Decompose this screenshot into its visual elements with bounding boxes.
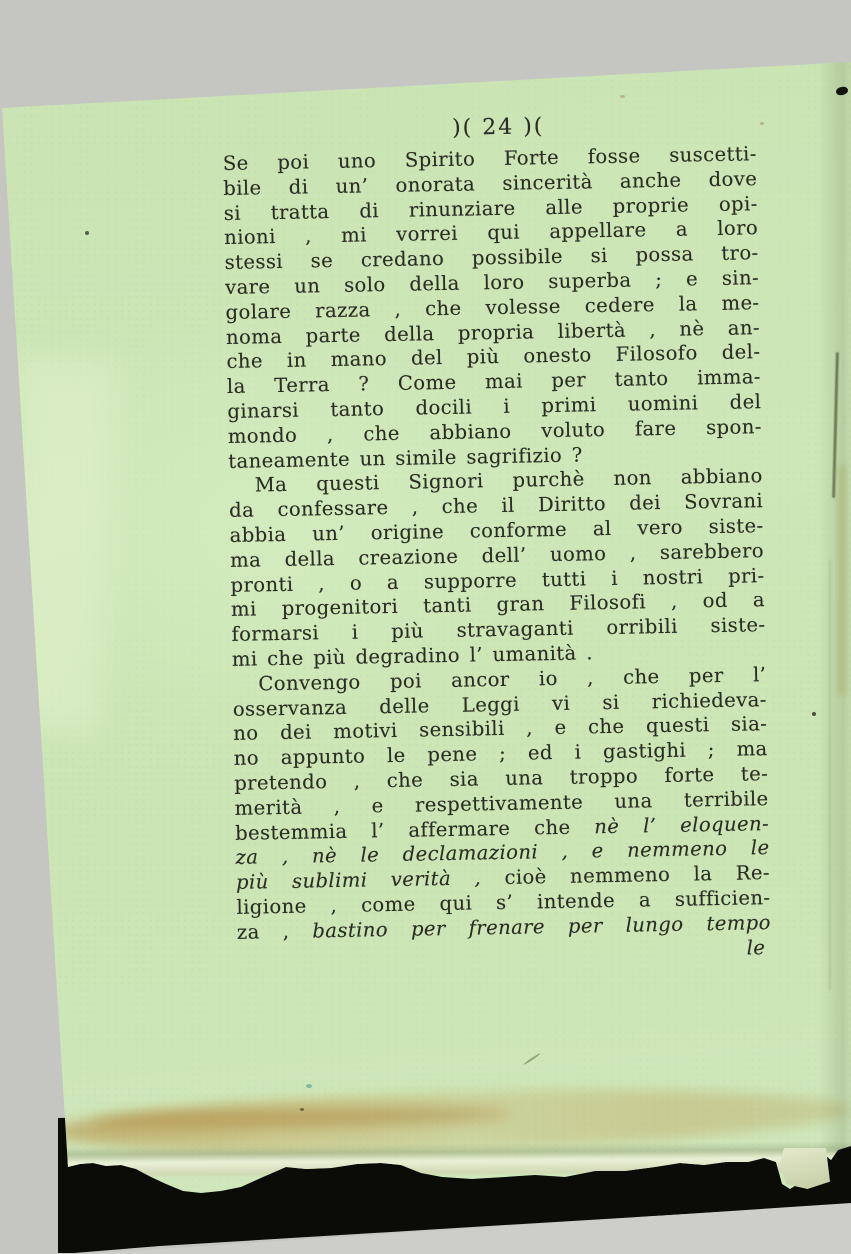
italic-text-segment: più sublimi verità , (236, 866, 481, 893)
paper-light-band (0, 358, 118, 733)
italic-text-segment: le (746, 936, 765, 959)
paper-speck (760, 122, 764, 125)
paper-speck (523, 1053, 541, 1066)
paper-edge-shade (818, 58, 851, 1153)
paper-speck (620, 95, 625, 98)
paper-crease (829, 560, 831, 990)
paper-speck (300, 1108, 304, 1111)
paper-speck (812, 712, 816, 716)
text-segment: cioè nemmeno la Re- (481, 861, 770, 889)
paper-speck (85, 231, 89, 235)
edge-yellow-streak (838, 465, 846, 695)
body-text: Se poi uno Spirito Forte fosse suscetti-… (223, 142, 772, 970)
printed-text-block: )( 24 )( Se poi uno Spirito Forte fosse … (222, 108, 772, 970)
italic-text-segment: nè l’ eloquen- (594, 812, 769, 838)
torn-paper-flap (780, 1148, 830, 1189)
scanned-book-page: )( 24 )( Se poi uno Spirito Forte fosse … (0, 0, 851, 1254)
text-segment: za , (237, 919, 313, 943)
paper-speck (306, 1084, 312, 1088)
